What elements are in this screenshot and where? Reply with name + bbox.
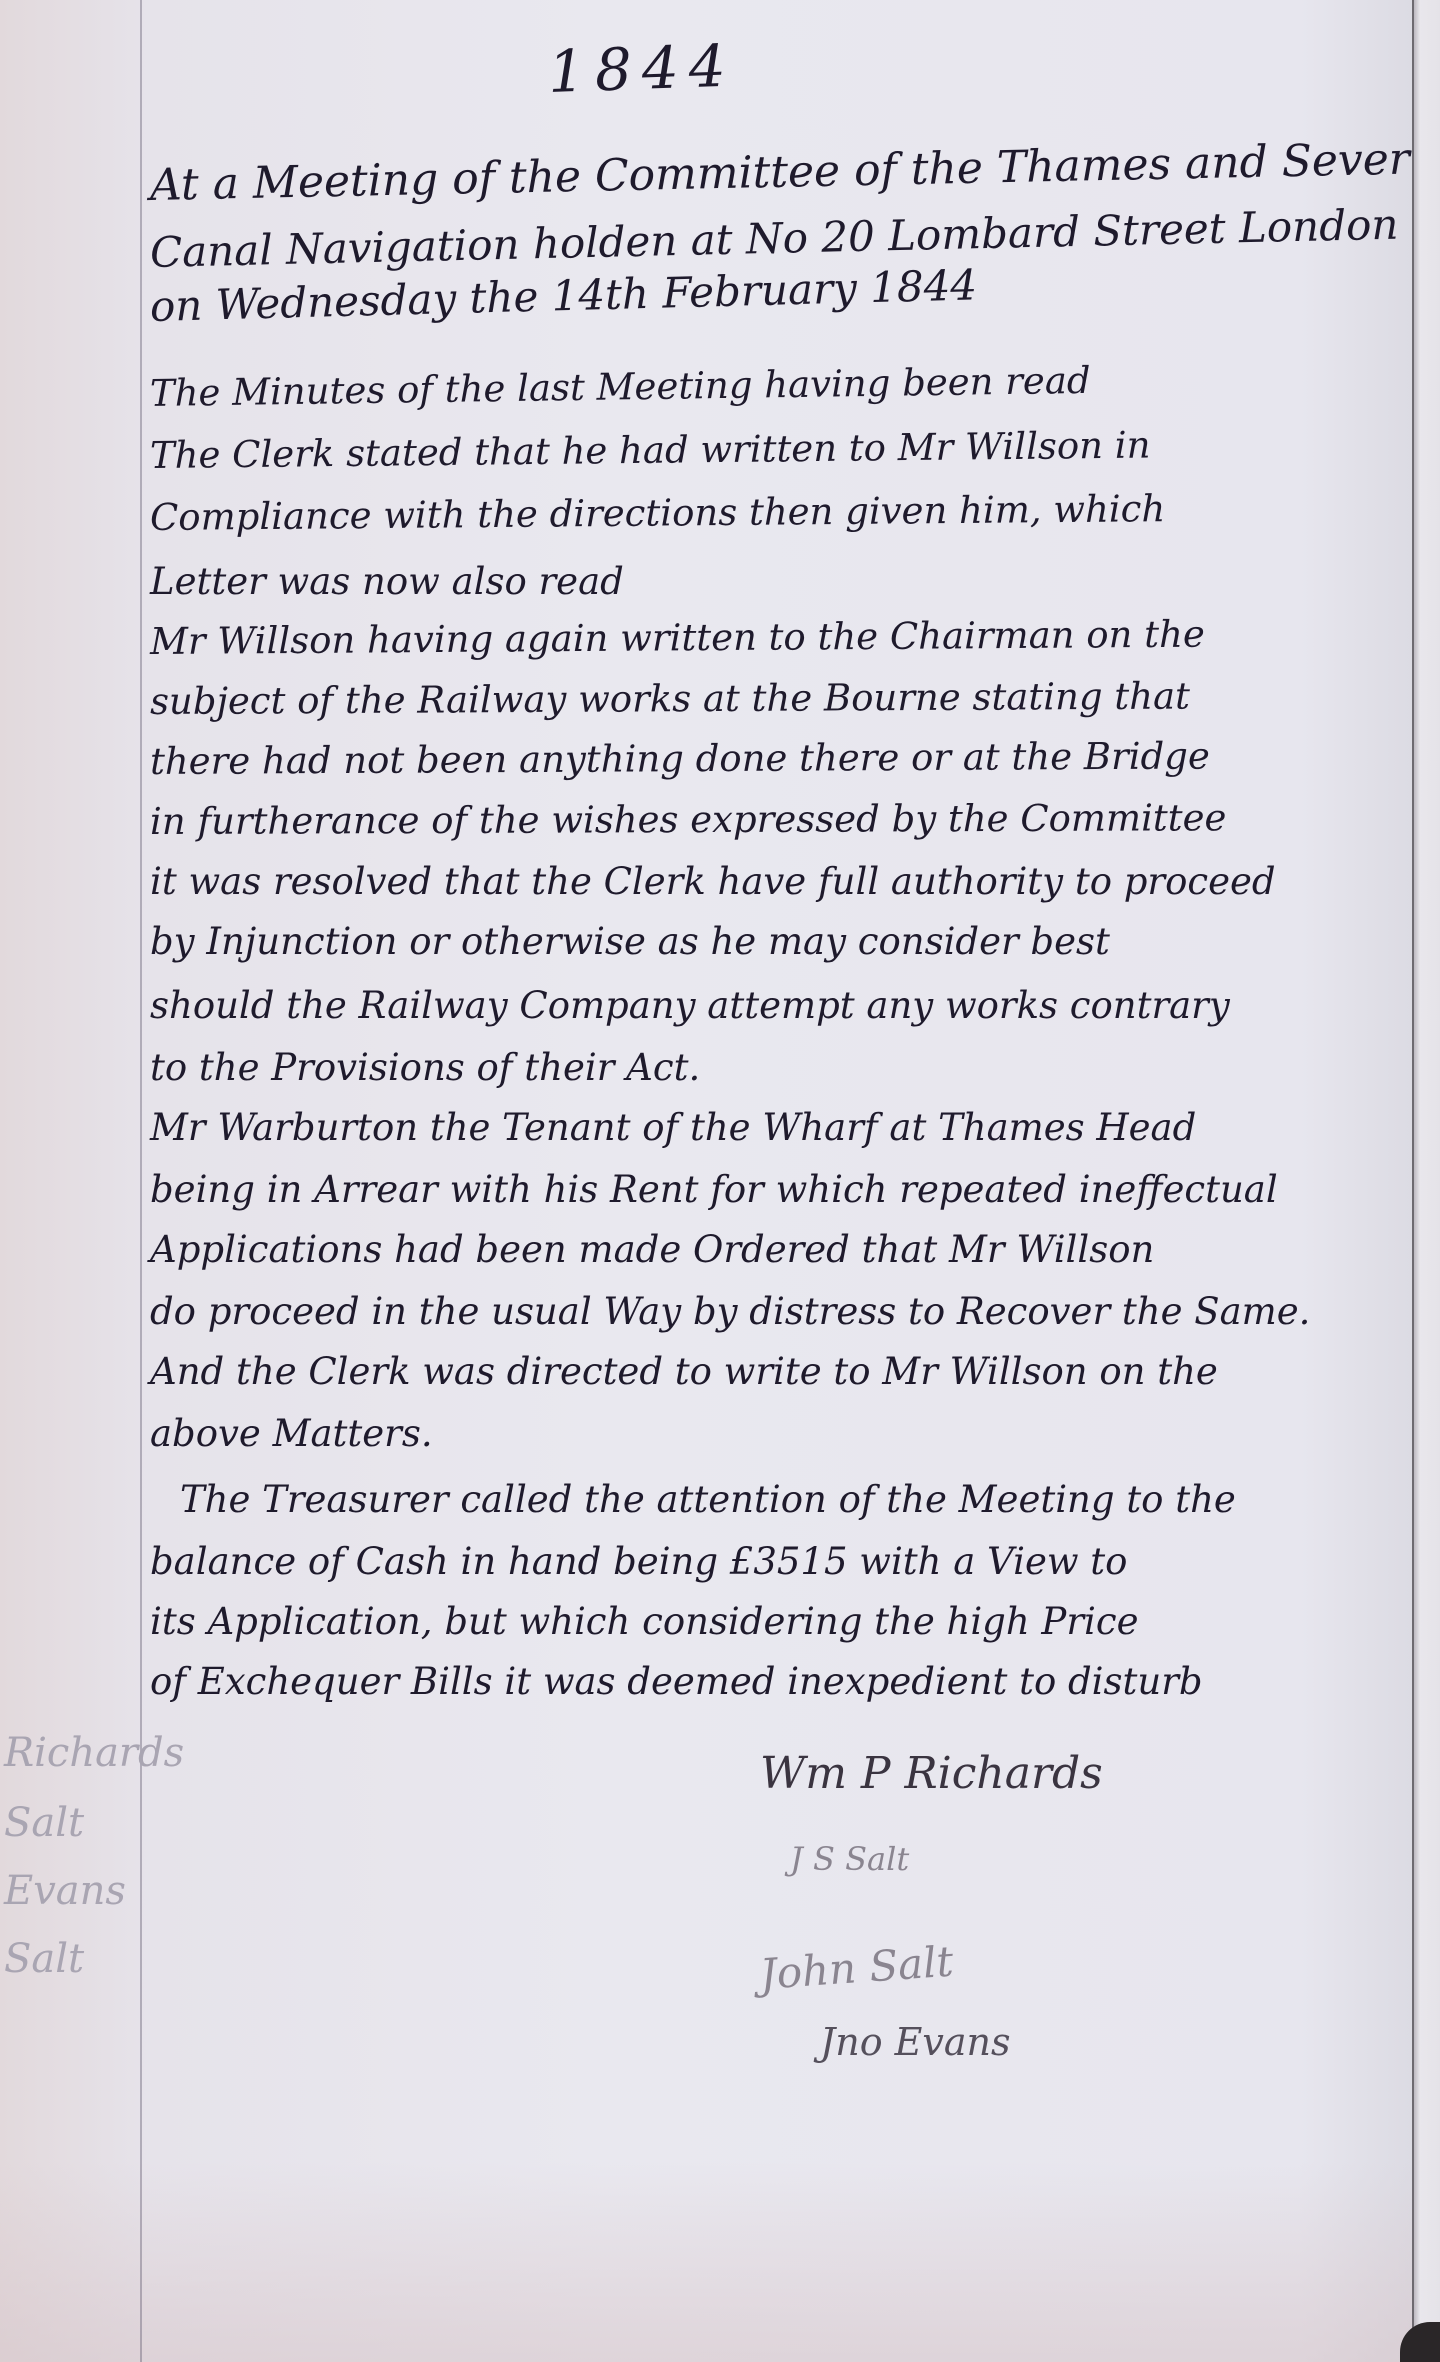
margin-rule-line [140,0,142,2362]
margin-note-evans: Evans [4,1868,126,1914]
body-line-18: above Matters. [150,1412,433,1455]
body-line-22: of Exchequer Bills it was deemed inexped… [150,1660,1203,1703]
body-line-7: there had not been anything done there o… [150,734,1210,783]
body-line-14: being in Arrear with his Rent for which … [150,1168,1278,1211]
heading-line-1: At a Meeting of the Committee of the Tha… [149,133,1438,211]
body-line-12: to the Provisions of their Act. [150,1046,700,1089]
body-line-15: Applications had been made Ordered that … [150,1228,1154,1271]
body-line-1: The Minutes of the last Meeting having b… [150,359,1091,415]
year-header: 1844 [547,31,737,106]
body-line-3: Compliance with the directions then give… [150,487,1166,539]
body-line-6: subject of the Railway works at the Bour… [150,675,1190,723]
body-line-9: it was resolved that the Clerk have full… [150,860,1276,903]
book-gutter-next-page [1412,0,1440,2362]
manuscript-page: 1844 At a Meeting of the Committee of th… [0,0,1412,2362]
body-line-11: should the Railway Company attempt any w… [150,984,1230,1027]
body-line-4: Letter was now also read [150,560,624,603]
body-line-21: its Application, but which considering t… [150,1600,1138,1643]
margin-note-salt: Salt [4,1800,84,1846]
margin-note-salt-2: Salt [4,1936,84,1982]
body-line-20: balance of Cash in hand being £3515 with… [150,1540,1127,1583]
body-line-2: The Clerk stated that he had written to … [150,424,1151,477]
paper-discoloration [0,2162,1412,2362]
signature-jno-evans: Jno Evans [820,2020,1011,2064]
body-line-13: Mr Warburton the Tenant of the Wharf at … [150,1106,1196,1149]
margin-note-richards: Richards [4,1730,184,1776]
signature-j-s-salt: J S Salt [790,1840,909,1878]
body-line-10: by Injunction or otherwise as he may con… [150,920,1110,963]
body-line-8: in furtherance of the wishes expressed b… [150,796,1227,843]
body-line-5: Mr Willson having again written to the C… [150,613,1205,663]
signature-john-salt: John Salt [758,1937,955,1999]
body-line-17: And the Clerk was directed to write to M… [150,1350,1218,1393]
body-line-16: do proceed in the usual Way by distress … [150,1290,1310,1333]
body-line-19: The Treasurer called the attention of th… [180,1478,1236,1521]
signature-wm-p-richards: Wm P Richards [760,1748,1103,1799]
